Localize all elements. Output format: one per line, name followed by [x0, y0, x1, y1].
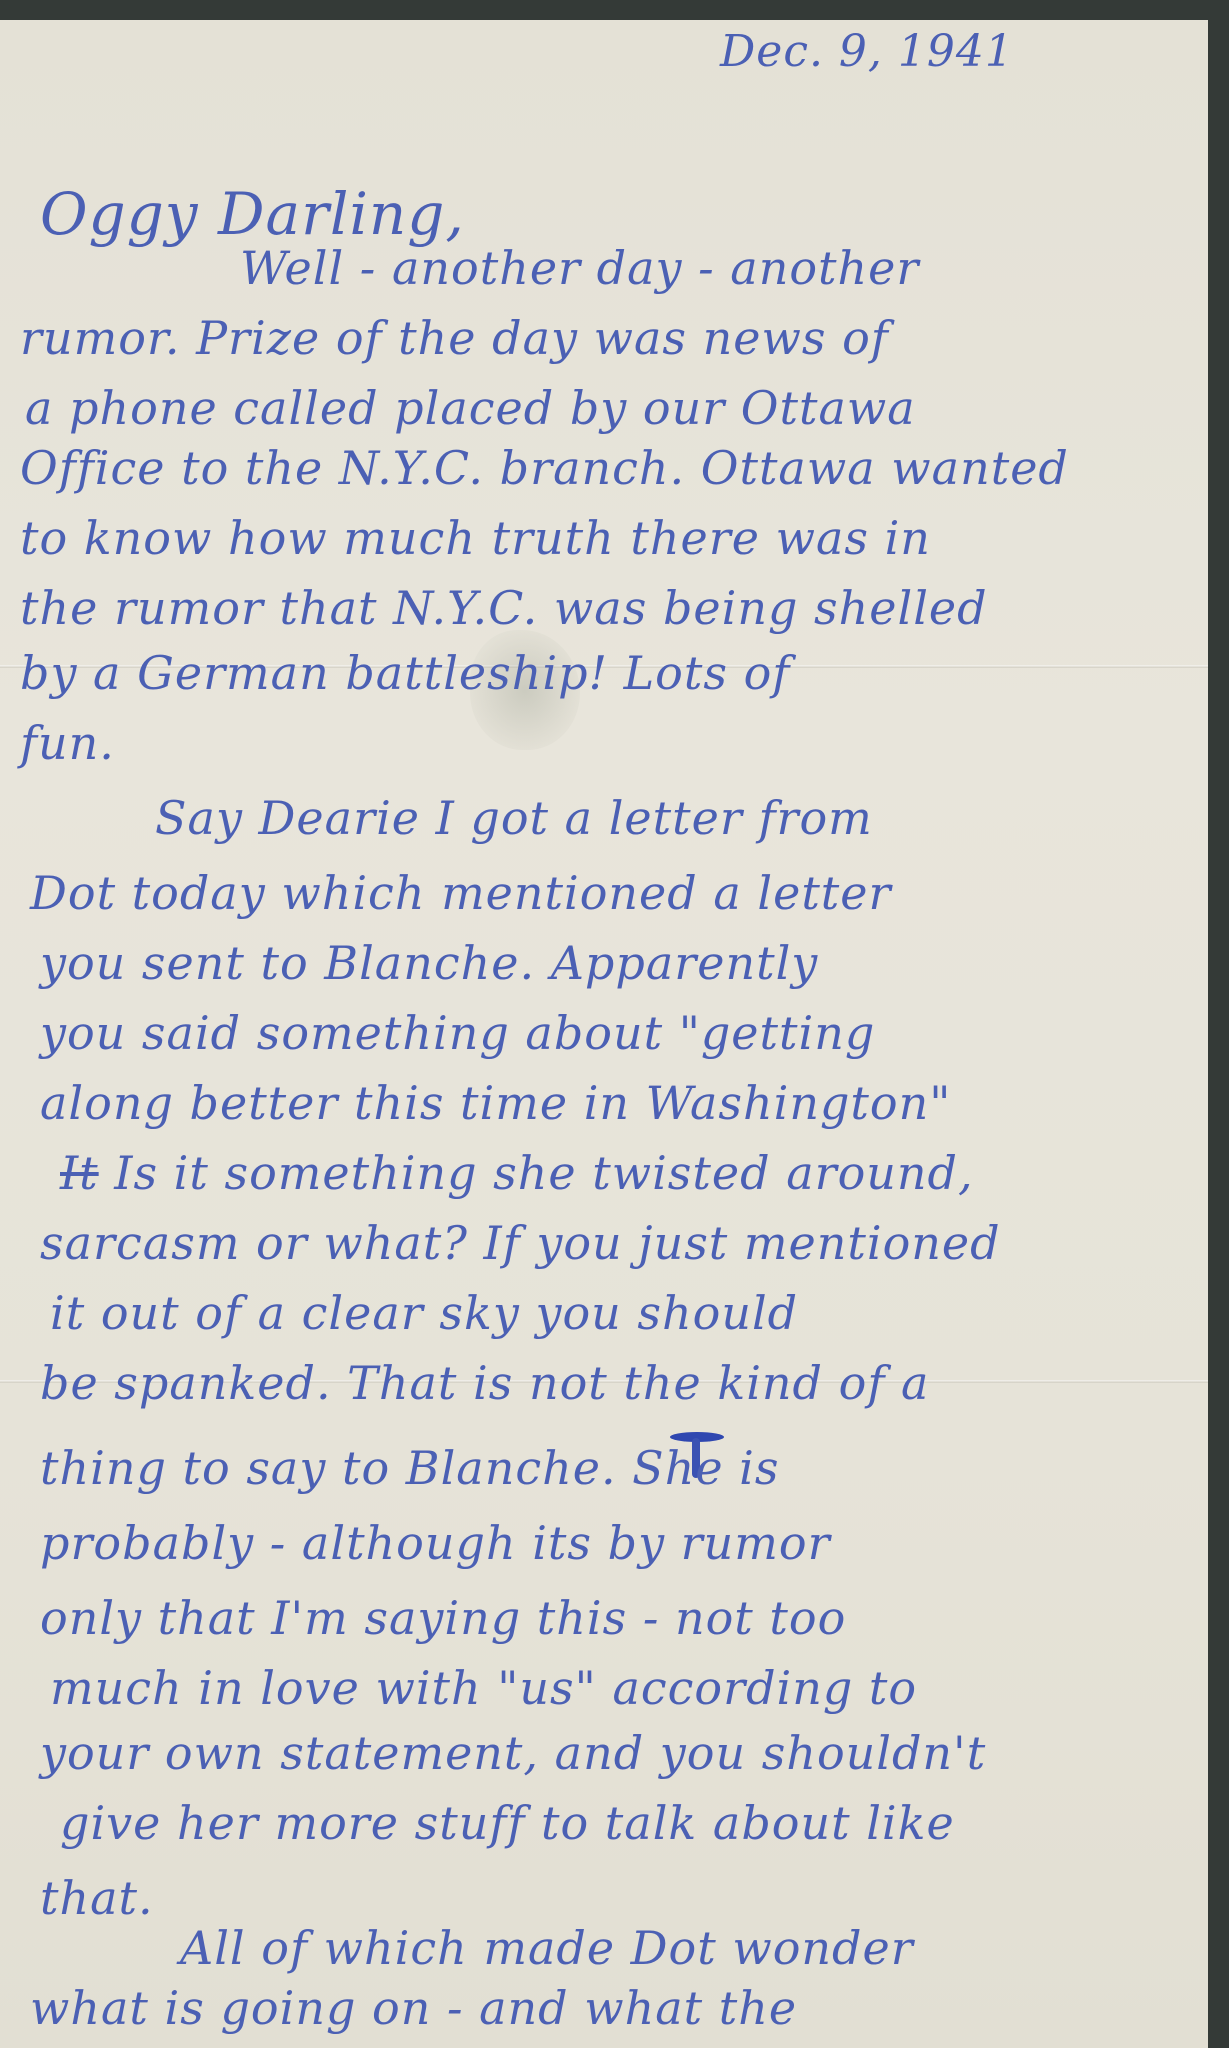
letter-line-with-strikeout: It Is it something she twisted around, — [60, 1150, 974, 1196]
letter-line: Dot today which mentioned a letter — [30, 870, 892, 916]
letter-line: probably - although its by rumor — [40, 1520, 831, 1566]
letter-line: along better this time in Washington" — [40, 1080, 951, 1126]
scan-mount-border-right — [1208, 0, 1229, 2048]
letter-line: it out of a clear sky you should — [50, 1290, 798, 1336]
letter-line: All of which made Dot wonder — [180, 1925, 914, 1971]
letter-line: Well - another day - another — [240, 245, 919, 291]
letter-paper: Dec. 9, 1941 Oggy Darling, Well - anothe… — [0, 20, 1208, 2048]
letter-line: you sent to Blanche. Apparently — [40, 940, 818, 986]
letter-line: by a German battleship! Lots of — [20, 650, 790, 696]
letter-line-text: Is it something she twisted around, — [114, 1146, 973, 1200]
letter-line: a phone called placed by our Ottawa — [25, 385, 916, 431]
letter-date: Dec. 9, 1941 — [720, 30, 1014, 74]
letter-line: rumor. Prize of the day was news of — [20, 315, 889, 361]
letter-line: only that I'm saying this - not too — [40, 1595, 846, 1641]
letter-line: what is going on - and what the — [30, 1985, 797, 2031]
letter-line: your own statement, and you shouldn't — [40, 1730, 986, 1776]
letter-line: give her more stuff to talk about like — [60, 1800, 955, 1846]
letter-line: sarcasm or what? If you just mentioned — [40, 1220, 1001, 1266]
letter-line: Say Dearie I got a letter from — [155, 795, 873, 841]
letter-line: to know how much truth there was in — [20, 515, 931, 561]
letter-line: much in love with "us" according to — [50, 1665, 917, 1711]
letter-line: be spanked. That is not the kind of a — [40, 1360, 929, 1406]
scan-mount-border-top — [0, 0, 1229, 22]
letter-line: thing to say to Blanche. She is — [40, 1445, 780, 1491]
crossed-out-word: It — [60, 1146, 99, 1200]
letter-line: the rumor that N.Y.C. was being shelled — [20, 585, 988, 631]
letter-line: that. — [40, 1875, 154, 1921]
letter-line: you said something about "getting — [40, 1010, 875, 1056]
letter-line: fun. — [20, 720, 115, 766]
letter-line: Office to the N.Y.C. branch. Ottawa want… — [20, 445, 1069, 491]
letter-salutation: Oggy Darling, — [40, 185, 465, 243]
